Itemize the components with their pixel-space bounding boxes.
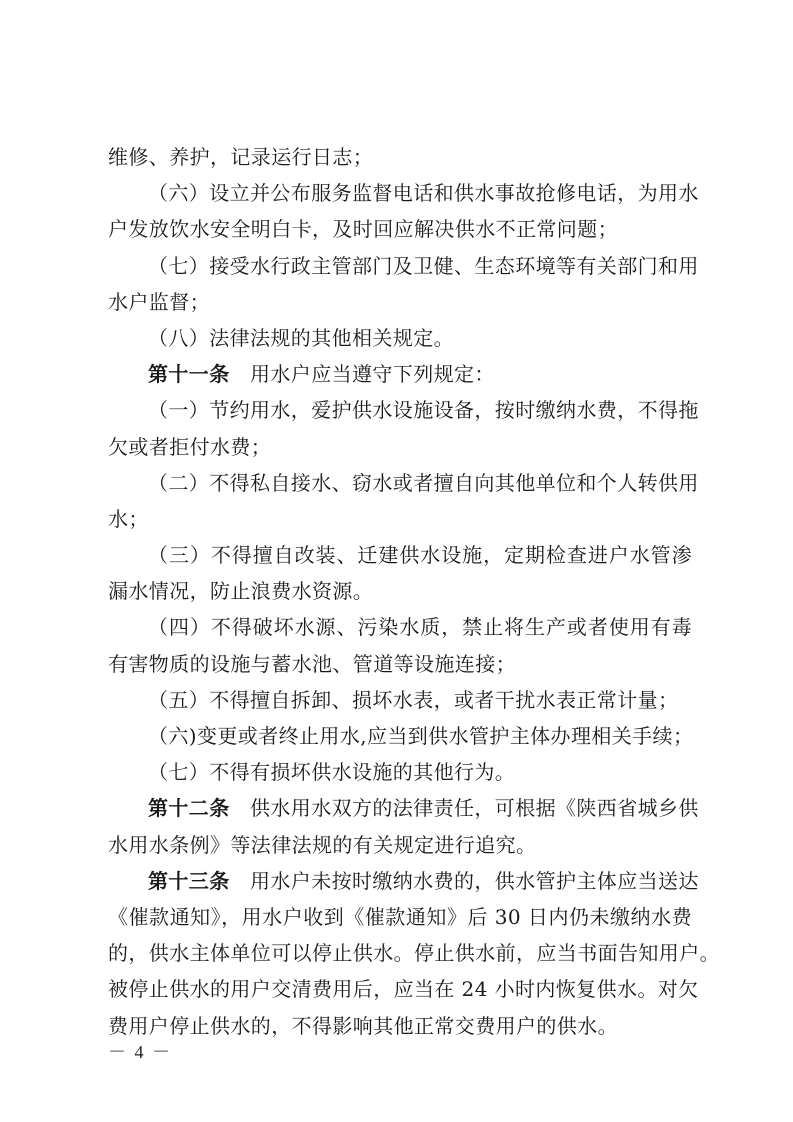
text-line: 水； [108,501,692,537]
article-number: 第十三条 [148,869,230,893]
text-line: （六)变更或者终止用水,应当到供水管护主体办理相关手续； [108,718,692,754]
text-line: 的，供水主体单位可以停止供水。停止供水前，应当书面告知用户。 [108,935,692,971]
document-body: 维修、养护，记录运行日志； （六）设立并公布服务监督电话和供水事故抢修电话，为用… [108,139,692,1044]
article-number: 第十一条 [148,362,230,386]
text-line: 欠或者拒付水费； [108,429,692,465]
text-line: 《催款通知》，用水户收到《催款通知》后 30 日内仍未缴纳水费 [108,899,692,935]
text-line: （八）法律法规的其他相关规定。 [108,320,692,356]
text-line: 维修、养护，记录运行日志； [108,139,692,175]
text-line: 漏水情况，防止浪费水资源。 [108,573,692,609]
article-heading-line: 第十一条 用水户应当遵守下列规定： [108,356,692,392]
text-line: （七）接受水行政主管部门及卫健、生态环境等有关部门和用 [108,248,692,284]
text-line: 费用户停止供水的，不得影响其他正常交费用户的供水。 [108,1008,692,1044]
page-number: － 4 － [108,1038,172,1064]
article-heading-line: 第十二条 供水用水双方的法律责任，可根据《陕西省城乡供 [108,790,692,826]
text-line: （七）不得有损坏供水设施的其他行为。 [108,754,692,790]
text-line: （五）不得擅自拆卸、损坏水表，或者干扰水表正常计量； [108,682,692,718]
article-text: 用水户未按时缴纳水费的，供水管护主体应当送达 [230,869,699,893]
text-line: 有害物质的设施与蓄水池、管道等设施连接； [108,646,692,682]
text-line: （四）不得破坏水源、污染水质，禁止将生产或者使用有毒 [108,609,692,645]
text-line: 水用水条例》等法律法规的有关规定进行追究。 [108,827,692,863]
document-page: 维修、养护，记录运行日志； （六）设立并公布服务监督电话和供水事故抢修电话，为用… [0,0,793,1122]
article-number: 第十二条 [148,796,230,820]
text-line: 户发放饮水安全明白卡，及时回应解决供水不正常问题； [108,211,692,247]
article-text: 用水户应当遵守下列规定： [230,362,495,386]
text-line: 被停止供水的用户交清费用后，应当在 24 小时内恢复供水。对欠 [108,971,692,1007]
text-line: （六）设立并公布服务监督电话和供水事故抢修电话，为用水 [108,175,692,211]
article-text: 供水用水双方的法律责任，可根据《陕西省城乡供 [230,796,699,820]
text-line: （二）不得私自接水、窃水或者擅自向其他单位和个人转供用 [108,465,692,501]
text-line: 水户监督； [108,284,692,320]
text-line: （一）节约用水，爱护供水设施设备，按时缴纳水费，不得拖 [108,392,692,428]
text-line: （三）不得擅自改装、迁建供水设施，定期检查进户水管渗 [108,537,692,573]
article-heading-line: 第十三条 用水户未按时缴纳水费的，供水管护主体应当送达 [108,863,692,899]
